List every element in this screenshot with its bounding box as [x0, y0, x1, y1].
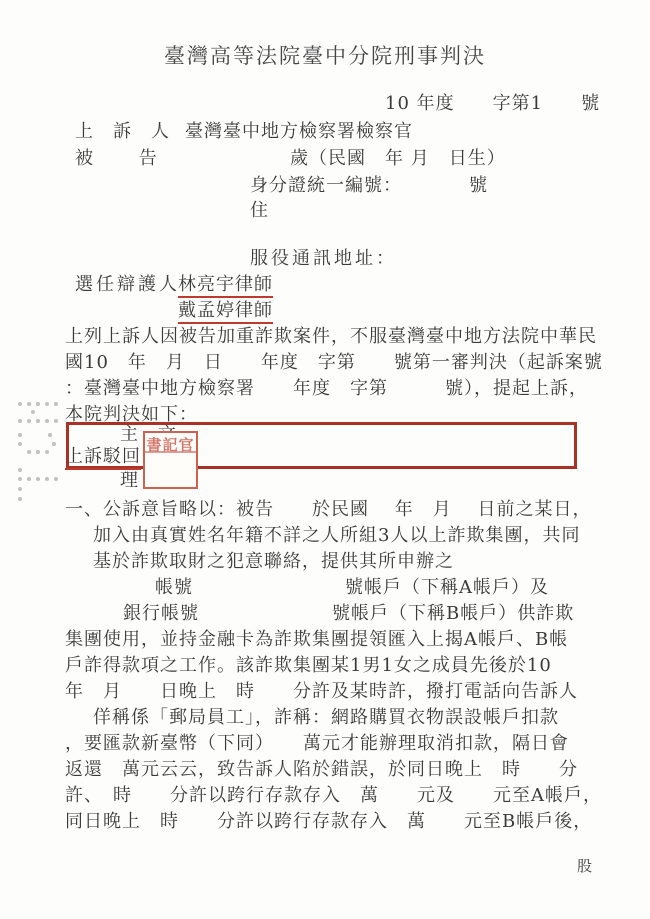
reason-line: 銀行帳號 號帳戶（下稱B帳戶）供詐欺 [123, 604, 574, 624]
scan-dot [36, 402, 40, 406]
scan-dot [27, 450, 31, 454]
scan-dot [27, 419, 31, 423]
case-number: 10 年度 字第1 號 [385, 94, 600, 114]
scan-dot [27, 477, 31, 481]
defense-counsel-label: 選任辯護人 [75, 275, 180, 295]
reason-line: 一、公訴意旨略以：被告 於民國 年 月 日前之某日， [65, 500, 591, 520]
scan-dot [36, 477, 40, 481]
staff-unit-label: 股 [577, 858, 593, 875]
counsel-name-2-underlined: 戴孟婷律師 [178, 300, 273, 324]
reason-line: 同日晚上 時 分許以跨行存款存入 萬 元至B帳戶後， [65, 812, 592, 832]
scan-dot [18, 477, 22, 481]
scan-dot [31, 410, 35, 414]
scan-dot [36, 450, 40, 454]
scan-dot [54, 419, 58, 423]
scan-dot [18, 402, 22, 406]
scan-dot [45, 402, 49, 406]
preamble-line: 上列上訴人因被告加重詐欺案件，不服臺灣臺中地方法院中華民 [65, 327, 597, 347]
scan-dot [54, 477, 58, 481]
court-title: 臺灣高等法院臺中分院刑事判決 [0, 45, 650, 68]
reason-line: 基於詐欺取財之犯意聯絡，提供其所申辦之 [93, 552, 454, 572]
defendant-id-line: 身分證統一編號： 號 [250, 176, 488, 196]
counsel-name-1-underlined: 林亮宇律師 [178, 274, 273, 298]
reason-line: 戶詐得款項之工作。該詐欺集團某1男1女之成員先後於10 [65, 656, 552, 676]
scan-dot [18, 419, 22, 423]
scan-dot [52, 442, 56, 446]
scan-dot [27, 402, 31, 406]
residence-label: 住 [250, 201, 269, 221]
preamble-line: ：臺灣臺中地方檢察署 年度 字第 號），提起上訴， [65, 379, 588, 399]
scan-dot [36, 419, 40, 423]
preamble-line: 國10 年 月 日 年度 字第 號第一審判決（起訴案號 [65, 353, 603, 373]
reason-line: 返還 萬元云云，致告訴人陷於錯誤，於同日晚上 時 分 [65, 760, 578, 780]
clerk-stamp-blank-area [145, 453, 196, 489]
main-text-value: 上訴駁回 [65, 447, 141, 467]
service-address-label: 服役通訊地址： [250, 249, 397, 269]
appellant-name: 臺灣臺中地方檢察署檢察官 [185, 122, 413, 142]
scan-dot [54, 402, 58, 406]
reason-line: 佯稱係「郵局員工」，詐稱：網路購買衣物誤設帳戶扣款 [93, 708, 559, 728]
defendant-birth-info: 歲（民國 年 月 日生） [290, 149, 506, 169]
scan-dot [18, 442, 22, 446]
judgment-document-page: 臺灣高等法院臺中分院刑事判決 10 年度 字第1 號 上 訴 人 臺灣臺中地方檢… [0, 0, 650, 919]
scan-dot [18, 487, 22, 491]
reason-line: 帳號 號帳戶（下稱A帳戶）及 [155, 578, 549, 598]
clerk-stamp-label: 書記官 [145, 433, 196, 453]
reason-line: 許、 時 分許以跨行存款存入 萬 元及 元至A帳戶， [65, 786, 602, 806]
main-text-underlined: 上訴駁回 [65, 446, 141, 470]
counsel-name-2: 戴孟婷律師 [178, 301, 273, 321]
scan-dot [45, 477, 49, 481]
defendant-label: 被 告 [75, 149, 158, 169]
scan-dot [48, 433, 52, 437]
reason-line: 集團使用，並持金融卡為詐欺集團提領匯入上揭A帳戶、B帳 [65, 630, 568, 650]
scan-dot [45, 450, 49, 454]
scan-dot [45, 419, 49, 423]
scan-dot [18, 433, 22, 437]
reason-line: ，要匯款新臺幣（下同） 萬元才能辦理取消扣款，隔日會 [65, 734, 569, 754]
scan-dot [18, 468, 22, 472]
appellant-label: 上 訴 人 [75, 122, 170, 142]
reason-line: 加入由真實姓名年籍不詳之人所組3人以上詐欺集團，共同 [93, 526, 580, 546]
counsel-name-1: 林亮宇律師 [178, 275, 273, 295]
clerk-stamp: 書記官 [143, 431, 198, 489]
scan-dot [18, 497, 22, 501]
preamble-line: 本院判決如下： [65, 405, 198, 425]
reason-line: 年 月 日晚上 時 分許及某時許，撥打電話向告訴人 [65, 682, 578, 702]
